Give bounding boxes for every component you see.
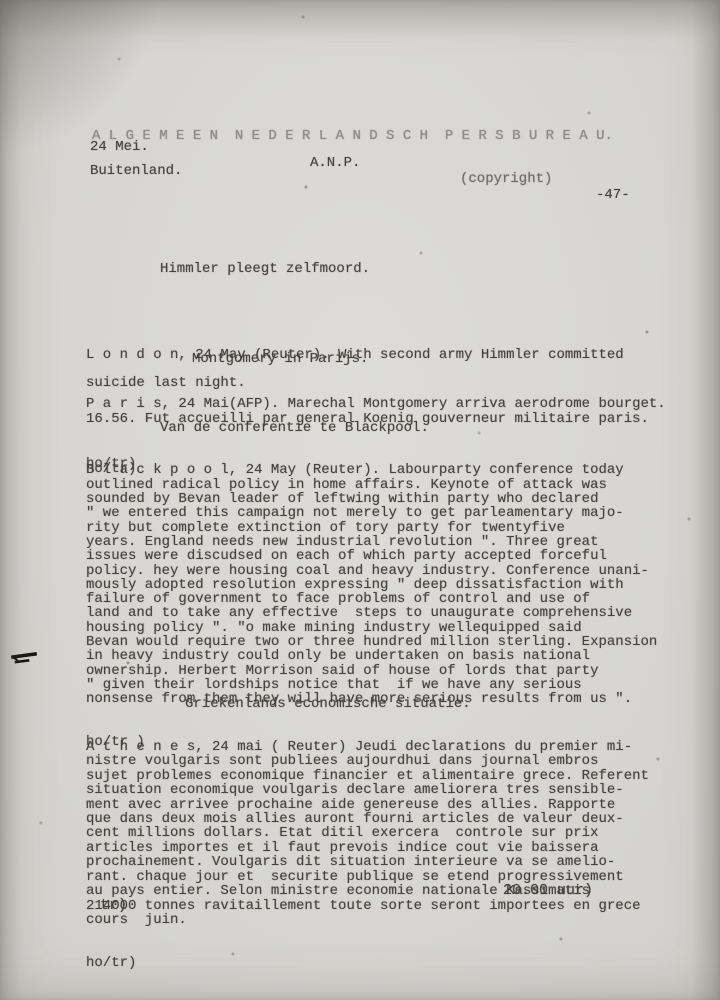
text-line: rity but complete extinction of tory par… <box>86 521 700 535</box>
text-line: cent millions dollars. Etat ditil exerce… <box>86 826 700 840</box>
article-heading: Griekenlands economische situatie. <box>185 697 700 711</box>
text-line: rant. chaque jour et securite publique s… <box>86 870 700 884</box>
typist-initials: tr) <box>100 897 127 914</box>
text-line: land and to take any effective steps to … <box>86 606 700 620</box>
copyright-label: (copyright) <box>460 171 552 187</box>
time-stamp: 20.00 uur) <box>503 882 593 899</box>
text-line: " we entered this campaign not merely to… <box>86 506 700 520</box>
text-line: policy. hey were housing coal and heavy … <box>86 564 700 578</box>
category-label: Buitenland. <box>90 163 182 179</box>
agency-label: A.N.P. <box>310 155 360 171</box>
article-heading: Himmler pleegt zelfmoord. <box>160 255 700 284</box>
text-line: prochainement. Voulgaris dit situation i… <box>86 855 700 869</box>
pen-mark <box>10 650 42 668</box>
text-line: B l a c k p o o l, 24 May (Reuter). Labo… <box>86 463 700 477</box>
article-signoff: ho/tr) <box>86 956 700 970</box>
article-heading: Van de conferentie te Blackpool. <box>160 421 700 435</box>
text-line: cours juin. <box>86 913 700 927</box>
text-line: issues were discudsed on each of which p… <box>86 549 700 563</box>
text-line: outlined radical policy in home affairs.… <box>86 478 700 492</box>
article-body: A t h e n e s, 24 mai ( Reuter) Jeudi de… <box>86 740 700 927</box>
text-line: mously adopted resolution expressing " d… <box>86 578 700 592</box>
text-line: 214000 tonnes ravitaillement toute sorte… <box>86 899 700 913</box>
text-line: in heavy industry could only be undertak… <box>86 649 700 663</box>
date-label: 24 Mei. <box>90 139 149 155</box>
text-line: situation economique voulgaris declare a… <box>86 783 700 797</box>
header-meta-row: 24 Mei. A.N.P. (copyright) -47- <box>86 123 696 139</box>
text-line: ment avec arrivee prochaine aide genereu… <box>86 798 700 812</box>
text-line: nistre voulgaris sont publiees aujourdhu… <box>86 754 700 768</box>
document-header: A L G E M E E N N E D E R L A N D S C H … <box>86 96 696 208</box>
document-page: A L G E M E E N N E D E R L A N D S C H … <box>0 0 720 1000</box>
text-line: au pays entier. Selon ministre economie … <box>86 884 700 898</box>
article-heading: Montgomery in Parijs. <box>192 352 700 367</box>
text-line: housing policy ". "o make mining industr… <box>86 621 700 635</box>
paper-speckles <box>0 0 2 2</box>
article-greece: Griekenlands economische situatie. A t h… <box>86 668 700 999</box>
